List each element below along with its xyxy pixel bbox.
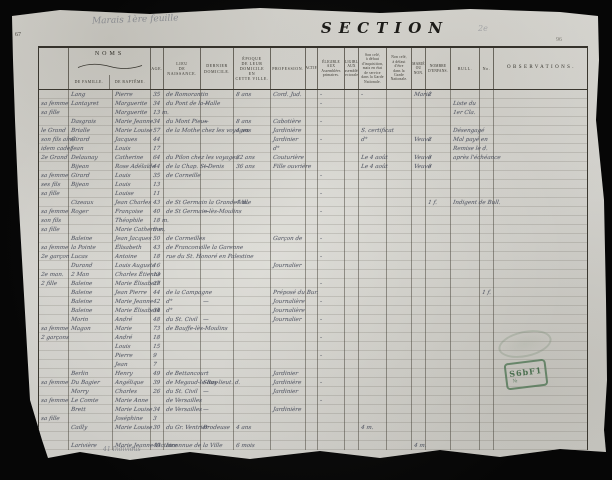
table-cell <box>306 225 318 234</box>
handwritten-entry: 26 <box>153 389 161 395</box>
table-cell <box>359 261 387 270</box>
table-cell <box>359 414 387 423</box>
table-cell <box>201 108 234 117</box>
handwritten-entry: Élisabeth <box>115 245 142 251</box>
table-cell: Marie <box>113 324 151 333</box>
table-cell: 18 m. <box>151 216 164 225</box>
handwritten-entry: 4 m. <box>361 425 374 431</box>
table-cell: Louis <box>113 342 151 351</box>
handwritten-entry: 35 <box>153 92 161 98</box>
handwritten-entry: Louis <box>115 173 131 179</box>
table-cell: Le Comte <box>69 396 113 405</box>
table-cell <box>271 198 306 207</box>
table-cell <box>306 126 318 135</box>
handwritten-entry: 8 ans <box>236 119 252 125</box>
table-cell: de la Mothe chez les voyages <box>164 126 201 135</box>
table-cell <box>201 270 234 279</box>
table-cell <box>412 180 426 189</box>
document-page: Marais 1ère feuille SECTION 2e 67 96 NOM… <box>0 0 612 480</box>
table-cell: Veuve <box>412 153 426 162</box>
table-cell: Marie Élisabeth <box>113 279 151 288</box>
handwritten-entry: 1er Cla. <box>453 110 476 116</box>
table-row: sa femmeRogerFrançoise40de St Germain-lè… <box>39 207 587 216</box>
table-cell <box>359 270 387 279</box>
table-cell: 4 ans <box>234 126 271 135</box>
table-cell <box>387 369 412 378</box>
table-cell: d° <box>164 306 201 315</box>
table-cell: 43 <box>151 243 164 252</box>
table-cell: sa fille <box>39 225 69 234</box>
handwritten-entry: Louis <box>115 146 131 152</box>
table-cell <box>69 216 113 225</box>
handwritten-entry: 18 <box>153 254 161 260</box>
handwritten-entry: 32 ans <box>236 155 256 161</box>
table-cell: Cailly <box>69 423 113 432</box>
table-cell <box>494 108 589 117</box>
handwritten-entry: 8 ans <box>236 92 252 98</box>
table-cell <box>201 342 234 351</box>
table-cell: 13 <box>151 270 164 279</box>
handwritten-entry: Cabotière <box>273 119 302 125</box>
table-cell <box>345 126 359 135</box>
table-cell: Jardinier <box>271 135 306 144</box>
table-cell <box>306 369 318 378</box>
table-cell: de Romorantin <box>164 90 201 99</box>
table-cell <box>387 360 412 369</box>
table-cell: Girard <box>69 171 113 180</box>
handwritten-entry: Couturière <box>273 155 305 161</box>
table-cell <box>426 108 451 117</box>
table-cell <box>359 432 387 441</box>
table-cell <box>39 351 69 360</box>
table-cell <box>345 324 359 333</box>
table-cell <box>387 180 412 189</box>
handwritten-entry: Mal payé en <box>453 137 489 143</box>
table-cell <box>345 117 359 126</box>
handwritten-entry: 16 <box>153 263 161 269</box>
handwritten-entry: — <box>203 101 209 107</box>
table-cell <box>234 234 271 243</box>
table-body: LangPierre35de Romorantin8 ansCord. Jud.… <box>38 90 588 450</box>
handwritten-entry: Jardinier <box>273 137 299 143</box>
table-row: sa filleMarie Catherine6 m. <box>39 225 587 234</box>
table-cell <box>201 306 234 315</box>
table-cell <box>345 378 359 387</box>
scan-background: Marais 1ère feuille SECTION 2e 67 96 NOM… <box>0 0 612 480</box>
table-cell <box>306 117 318 126</box>
handwritten-entry: sa fille <box>41 227 60 233</box>
table-cell: Joséphine <box>113 414 151 423</box>
table-cell: Girard <box>69 135 113 144</box>
table-cell: de St Germain la Grande Ville <box>164 198 201 207</box>
table-cell: Couturière <box>271 153 306 162</box>
table-cell <box>387 351 412 360</box>
handwritten-entry: sa femme <box>41 398 69 404</box>
table-cell: 1er Cla. <box>451 108 480 117</box>
table-cell <box>494 306 589 315</box>
table-cell: sa femme <box>39 171 69 180</box>
handwritten-entry: Marie Louise <box>115 128 153 134</box>
table-cell <box>306 387 318 396</box>
table-cell: 43 <box>151 198 164 207</box>
table-cell <box>387 432 412 441</box>
table-cell <box>164 144 201 153</box>
handwritten-entry: André <box>115 335 133 341</box>
table-row: ses filsBijeanLouis13 <box>39 180 587 189</box>
table-cell: d° <box>359 135 387 144</box>
table-cell <box>318 414 345 423</box>
table-cell <box>480 351 494 360</box>
table-cell <box>164 270 201 279</box>
table-cell <box>480 306 494 315</box>
table-cell <box>345 333 359 342</box>
table-cell <box>359 198 387 207</box>
table-cell <box>387 225 412 234</box>
table-cell <box>151 432 164 441</box>
table-cell: Mal payé en <box>451 135 480 144</box>
table-cell <box>412 378 426 387</box>
handwritten-entry: sa fille <box>41 416 60 422</box>
table-cell: de Corneille <box>164 171 201 180</box>
table-cell <box>494 288 589 297</box>
table-cell: du St. Civil <box>164 315 201 324</box>
handwritten-entry: Marguerite <box>115 101 148 107</box>
table-cell: - <box>318 90 345 99</box>
handwritten-entry: - <box>320 119 323 125</box>
handwritten-entry: Fille ouvrière <box>273 164 312 170</box>
table-row: sa femmeLantayretMarguerite34du Pont de … <box>39 99 587 108</box>
table-cell: - <box>318 396 345 405</box>
table-cell: de Versailles <box>164 396 201 405</box>
handwritten-entry: 44 <box>153 290 161 296</box>
table-cell: 57 <box>151 126 164 135</box>
table-cell <box>345 261 359 270</box>
column-header-eligible-electorales: ÉLIGIBLE AUX Assemblées électorales. <box>345 48 359 89</box>
table-cell <box>387 207 412 216</box>
table-cell <box>271 342 306 351</box>
table-cell: Désengagé <box>451 126 480 135</box>
table-row: BaleineJean Jacques50de CormeillesGarçon… <box>39 234 587 243</box>
table-row <box>39 432 587 441</box>
table-row: CaillyMarie Louise30du Gr. VentrierBrode… <box>39 423 587 432</box>
table-cell: Henry <box>113 369 151 378</box>
handwritten-entry: Girard <box>71 137 90 143</box>
table-cell: 8 ans <box>234 117 271 126</box>
table-cell <box>494 144 589 153</box>
handwritten-entry: 15 <box>153 344 161 350</box>
table-cell <box>412 432 426 441</box>
table-cell <box>480 333 494 342</box>
table-cell: Françoise <box>113 207 151 216</box>
table-cell: Baleine <box>69 279 113 288</box>
table-cell: Jardinière <box>271 405 306 414</box>
handwritten-entry: 13 <box>153 272 161 278</box>
handwritten-entry: Baleine <box>71 281 93 287</box>
table-cell: Bijean <box>69 162 113 171</box>
handwritten-entry: Lantayret <box>71 101 99 107</box>
table-cell <box>39 198 69 207</box>
table-cell: 35 <box>151 171 164 180</box>
table-cell <box>234 189 271 198</box>
handwritten-entry: Magon <box>71 326 91 332</box>
handwritten-entry: Le 4 août <box>361 164 389 170</box>
handwritten-entry: 7 <box>153 362 157 368</box>
table-cell <box>234 99 271 108</box>
table-cell <box>359 225 387 234</box>
table-cell <box>359 369 387 378</box>
table-cell <box>39 297 69 306</box>
handwritten-entry: Bijean <box>71 182 90 188</box>
table-cell: Journalière <box>271 297 306 306</box>
table-cell: 3 <box>151 414 164 423</box>
table-cell <box>234 369 271 378</box>
table-cell <box>494 414 589 423</box>
table-cell <box>234 360 271 369</box>
table-cell <box>345 414 359 423</box>
table-cell <box>480 279 494 288</box>
table-cell <box>345 162 359 171</box>
handwritten-entry: - <box>320 137 323 143</box>
table-cell <box>39 342 69 351</box>
table-cell <box>306 153 318 162</box>
table-cell: Journalière <box>271 306 306 315</box>
table-cell <box>480 207 494 216</box>
table-cell: 44 <box>151 162 164 171</box>
handwritten-entry: — <box>203 389 209 395</box>
table-cell <box>412 351 426 360</box>
handwritten-entry: Jean Jacques <box>115 236 152 242</box>
handwritten-entry: 2e Grand <box>41 155 68 161</box>
table-cell <box>494 135 589 144</box>
table-cell: Journalier <box>271 261 306 270</box>
handwritten-entry: d° <box>273 146 280 152</box>
table-cell <box>306 405 318 414</box>
table-cell <box>318 108 345 117</box>
table-cell: Lucas <box>69 252 113 261</box>
table-cell <box>494 315 589 324</box>
table-cell: Veuve <box>412 135 426 144</box>
table-cell: Marie Anne <box>113 396 151 405</box>
handwritten-entry: 40 <box>153 209 161 215</box>
handwritten-entry: sa femme <box>41 101 69 107</box>
table-cell <box>359 171 387 180</box>
table-cell: 1 f. <box>480 288 494 297</box>
table-cell <box>359 306 387 315</box>
table-cell <box>345 243 359 252</box>
table-cell <box>426 207 451 216</box>
table-cell <box>69 414 113 423</box>
handwritten-entry: 13 m. <box>153 110 170 116</box>
table-cell <box>426 333 451 342</box>
table-cell <box>271 333 306 342</box>
table-cell <box>69 351 113 360</box>
table-cell <box>306 324 318 333</box>
table-cell <box>359 378 387 387</box>
table-cell <box>426 441 451 450</box>
handwritten-entry: Angélique <box>115 380 144 386</box>
table-cell <box>306 270 318 279</box>
table-cell: après l'échéance <box>451 153 480 162</box>
handwritten-entry: — <box>203 317 209 323</box>
table-cell <box>426 117 451 126</box>
table-cell <box>201 144 234 153</box>
handwritten-entry: Marguerite <box>115 110 148 116</box>
table-cell <box>451 225 480 234</box>
table-cell <box>387 216 412 225</box>
table-cell <box>271 279 306 288</box>
table-cell: - <box>318 378 345 387</box>
table-cell <box>480 270 494 279</box>
handwritten-entry: sa fille <box>41 191 60 197</box>
handwritten-entry: - <box>320 281 323 287</box>
table-cell: de Versailles <box>164 405 201 414</box>
table-cell: sa fille <box>39 414 69 423</box>
table-cell: 18 <box>151 252 164 261</box>
table-cell <box>345 360 359 369</box>
column-header-noms: NOMS DE FAMILLE. DE BAPTÊME. <box>69 48 151 89</box>
column-header-domicile: DERNIER DOMICILE. <box>201 48 234 89</box>
handwritten-entry: 2 <box>428 137 432 143</box>
table-cell: Jean Jacques <box>113 234 151 243</box>
column-header-garde-service: Son celé, à défaut d'inquisition, mais e… <box>359 48 387 89</box>
table-cell <box>271 216 306 225</box>
table-cell <box>480 441 494 450</box>
table-cell: Théophile <box>113 216 151 225</box>
table-cell <box>451 342 480 351</box>
table-cell <box>412 171 426 180</box>
table-row: BrettMarie Louise34de Versailles—Jardini… <box>39 405 587 414</box>
table-row: 2e garçonLucasAntoine18rue du St. Honoré… <box>39 252 587 261</box>
table-cell <box>164 414 201 423</box>
table-cell <box>234 288 271 297</box>
table-cell <box>412 189 426 198</box>
table-cell <box>306 396 318 405</box>
handwritten-entry: 3 <box>428 155 432 161</box>
table-cell <box>426 252 451 261</box>
table-cell <box>306 351 318 360</box>
table-cell: - <box>359 90 387 99</box>
table-cell <box>306 414 318 423</box>
handwritten-entry: Charles <box>115 389 138 395</box>
table-cell <box>318 144 345 153</box>
table-cell <box>164 279 201 288</box>
table-cell <box>494 99 589 108</box>
table-cell <box>387 333 412 342</box>
table-cell <box>345 396 359 405</box>
table-row: LangPierre35de Romorantin8 ansCord. Jud.… <box>39 90 587 99</box>
table-cell <box>359 360 387 369</box>
table-cell <box>387 117 412 126</box>
handwritten-entry: 44 <box>153 137 161 143</box>
table-cell <box>451 252 480 261</box>
handwritten-entry: 2e garçon <box>41 254 70 260</box>
handwritten-entry: Jean Pierre <box>115 290 148 296</box>
table-cell: 73 <box>151 324 164 333</box>
table-cell <box>494 279 589 288</box>
table-cell: Le 4 août <box>359 162 387 171</box>
table-cell <box>201 351 234 360</box>
table-cell <box>306 243 318 252</box>
table-cell: Roger <box>69 207 113 216</box>
table-cell: - <box>318 207 345 216</box>
handwritten-entry: Liste du <box>453 101 477 107</box>
handwritten-entry: Louis <box>115 344 131 350</box>
table-cell <box>306 378 318 387</box>
table-cell <box>234 135 271 144</box>
table-cell: de St Germain-lès-Moulins <box>164 207 201 216</box>
table-cell <box>412 279 426 288</box>
table-cell <box>494 180 589 189</box>
table-cell: de Megaud-le-Roy <box>164 378 201 387</box>
handwritten-entry: Lucas <box>71 254 88 260</box>
table-cell <box>345 387 359 396</box>
handwritten-entry: sa femme <box>41 326 69 332</box>
table-cell <box>412 324 426 333</box>
table-cell: Lang <box>69 90 113 99</box>
table-cell <box>201 180 234 189</box>
table-cell <box>480 405 494 414</box>
handwritten-entry: Bijean <box>71 164 90 170</box>
table-cell <box>426 234 451 243</box>
table-cell <box>345 108 359 117</box>
handwritten-entry: 4 m. <box>414 443 427 449</box>
table-cell: Préposé du Bur. <box>271 288 306 297</box>
handwritten-entry: Journalier <box>273 317 302 323</box>
table-cell <box>480 99 494 108</box>
handwritten-entry: après l'échéance <box>453 155 501 161</box>
column-header-eligible-primaires: ÉLIGIBLE AUX Assemblées primaires. <box>318 48 345 89</box>
table-row: sa femmeLe ComteMarie Annede Versailles- <box>39 396 587 405</box>
table-cell <box>451 234 480 243</box>
table-cell <box>306 90 318 99</box>
table-cell <box>412 207 426 216</box>
handwritten-entry: 48 <box>153 317 161 323</box>
table-row: 2 filleBaleineMarie Élisabeth27- <box>39 279 587 288</box>
table-cell <box>39 162 69 171</box>
table-cell <box>387 270 412 279</box>
table-cell <box>306 189 318 198</box>
table-cell: Marie Louise <box>113 126 151 135</box>
noms-subheaders: DE FAMILLE. DE BAPTÊME. <box>69 75 150 89</box>
table-cell <box>412 405 426 414</box>
table-cell: Marguerite <box>113 99 151 108</box>
table-cell: Lantayret <box>69 99 113 108</box>
handwritten-entry: Françoise <box>115 209 144 215</box>
table-cell <box>480 414 494 423</box>
table-cell <box>494 432 589 441</box>
handwritten-entry: Jardinière <box>273 128 302 134</box>
handwritten-entry: - <box>320 101 323 107</box>
table-cell <box>387 396 412 405</box>
table-cell <box>426 351 451 360</box>
table-cell <box>387 288 412 297</box>
table-cell <box>480 243 494 252</box>
table-cell: — <box>201 387 234 396</box>
table-cell: ses fils <box>39 180 69 189</box>
table-cell <box>359 216 387 225</box>
table-cell <box>39 90 69 99</box>
table-cell: S. certificat <box>359 126 387 135</box>
handwritten-entry: 6 m. <box>153 227 166 233</box>
table-cell <box>387 378 412 387</box>
table-cell: Louis <box>113 171 151 180</box>
table-cell: 34 <box>151 306 164 315</box>
table-cell: Fille ouvrière <box>271 162 306 171</box>
handwritten-entry: Le Comte <box>71 398 99 404</box>
table-cell: 3 <box>426 153 451 162</box>
table-cell: - <box>318 234 345 243</box>
handwritten-entry: - <box>320 254 323 260</box>
